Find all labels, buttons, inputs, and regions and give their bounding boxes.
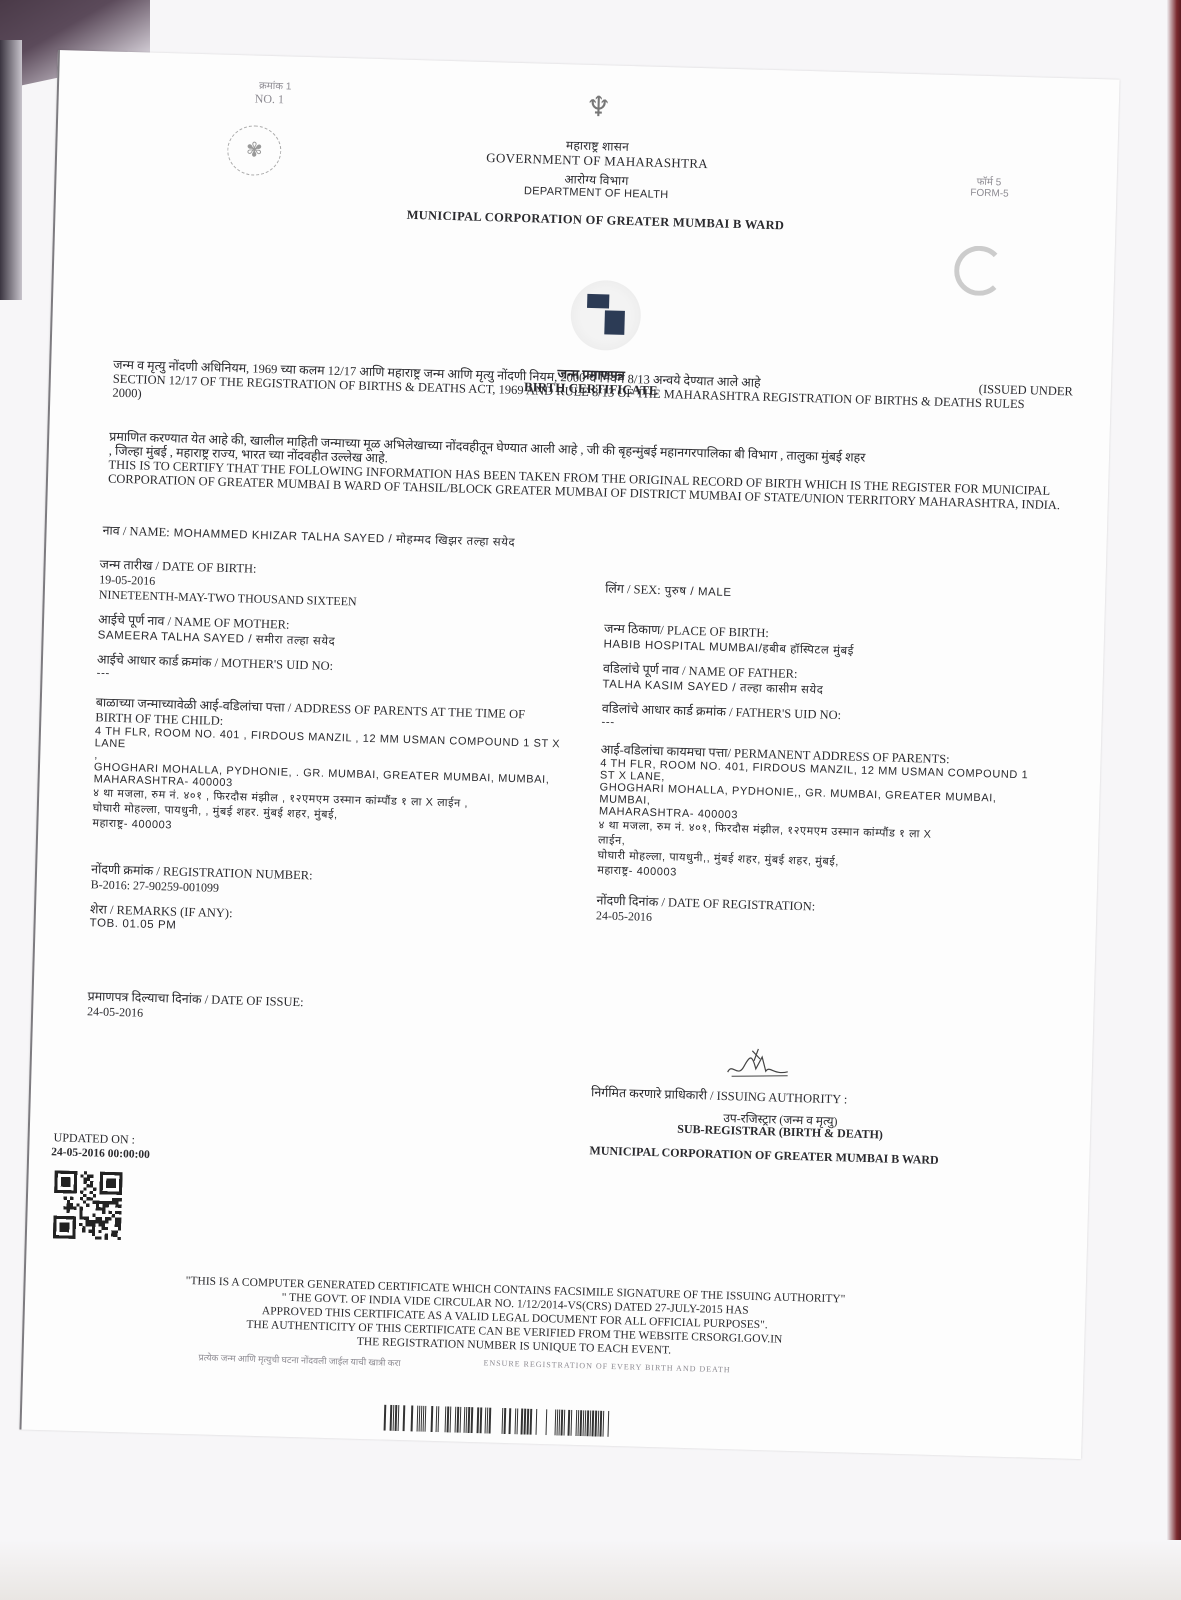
seal-icon: ✾ [227, 125, 282, 176]
birth-certificate-page: क्रमांक 1 NO. 1 ✾ ♆ महाराष्ट्र शासन GOVE… [19, 50, 1119, 1459]
signature-icon [721, 1044, 792, 1086]
sex-value: पुरुष / MALE [665, 585, 732, 599]
watermark-swirl-icon [954, 245, 1005, 296]
child-name-value: MOHAMMED KHIZAR TALHA SAYED / मोहम्मद खि… [174, 527, 516, 549]
sex-label: लिंग / SEX: [605, 581, 661, 597]
qr-code-icon [53, 1170, 123, 1240]
child-name-label: नाव / NAME: [102, 523, 170, 539]
photo-background-left-edge [0, 40, 22, 300]
address-at-birth-value: 4 TH FLR, ROOM NO. 401 , FIRDOUS MANZIL … [92, 725, 575, 843]
footer-faint-english: ENSURE REGISTRATION OF EVERY BIRTH AND D… [483, 1358, 730, 1374]
photo-background-bottom [0, 1540, 1181, 1600]
child-name-field: नाव / NAME: MOHAMMED KHIZAR TALHA SAYED … [102, 521, 1002, 564]
left-column: जन्म तारीख / DATE OF BIRTH: 19-05-2016 N… [87, 555, 580, 1032]
authority-organization: MUNICIPAL CORPORATION OF GREATER MUMBAI … [589, 1143, 939, 1168]
corporation-name: MUNICIPAL CORPORATION OF GREATER MUMBAI … [295, 205, 895, 237]
right-column: लिंग / SEX: पुरुष / MALE जन्म ठिकाण/ PLA… [596, 579, 1045, 935]
barcode-icon [382, 1405, 613, 1437]
issuing-authority-label: निर्गमित करणारे प्राधिकारी / ISSUING AUT… [591, 1083, 848, 1107]
permanent-address-value: 4 TH FLR, ROOM NO. 401, FIRDOUS MANZIL, … [597, 757, 1040, 889]
mcgm-logo-icon [570, 279, 642, 351]
serial-number-marathi: क्रमांक 1 [259, 78, 292, 93]
photo-background-right-edge [1167, 0, 1181, 1600]
serial-number: NO. 1 [254, 92, 284, 108]
updated-on-value: 24-05-2016 00:00:00 [51, 1146, 150, 1161]
updated-on-label: UPDATED ON : [53, 1130, 135, 1147]
form-number: FORM-5 [970, 188, 1009, 200]
footer-faint-marathi: प्रत्येक जन्म आणि मृत्युची घटना नोंदवली … [198, 1350, 400, 1369]
footer-disclaimer: "THIS IS A COMPUTER GENERATED CERTIFICAT… [134, 1273, 896, 1364]
certification-statement: प्रमाणित करण्यात येत आहे की, खालील माहित… [108, 430, 1069, 513]
preamble-act-year: 2000) [112, 386, 142, 401]
national-emblem-icon: ♆ [578, 85, 619, 132]
form-number-marathi: फॉर्म 5 [977, 174, 1002, 189]
